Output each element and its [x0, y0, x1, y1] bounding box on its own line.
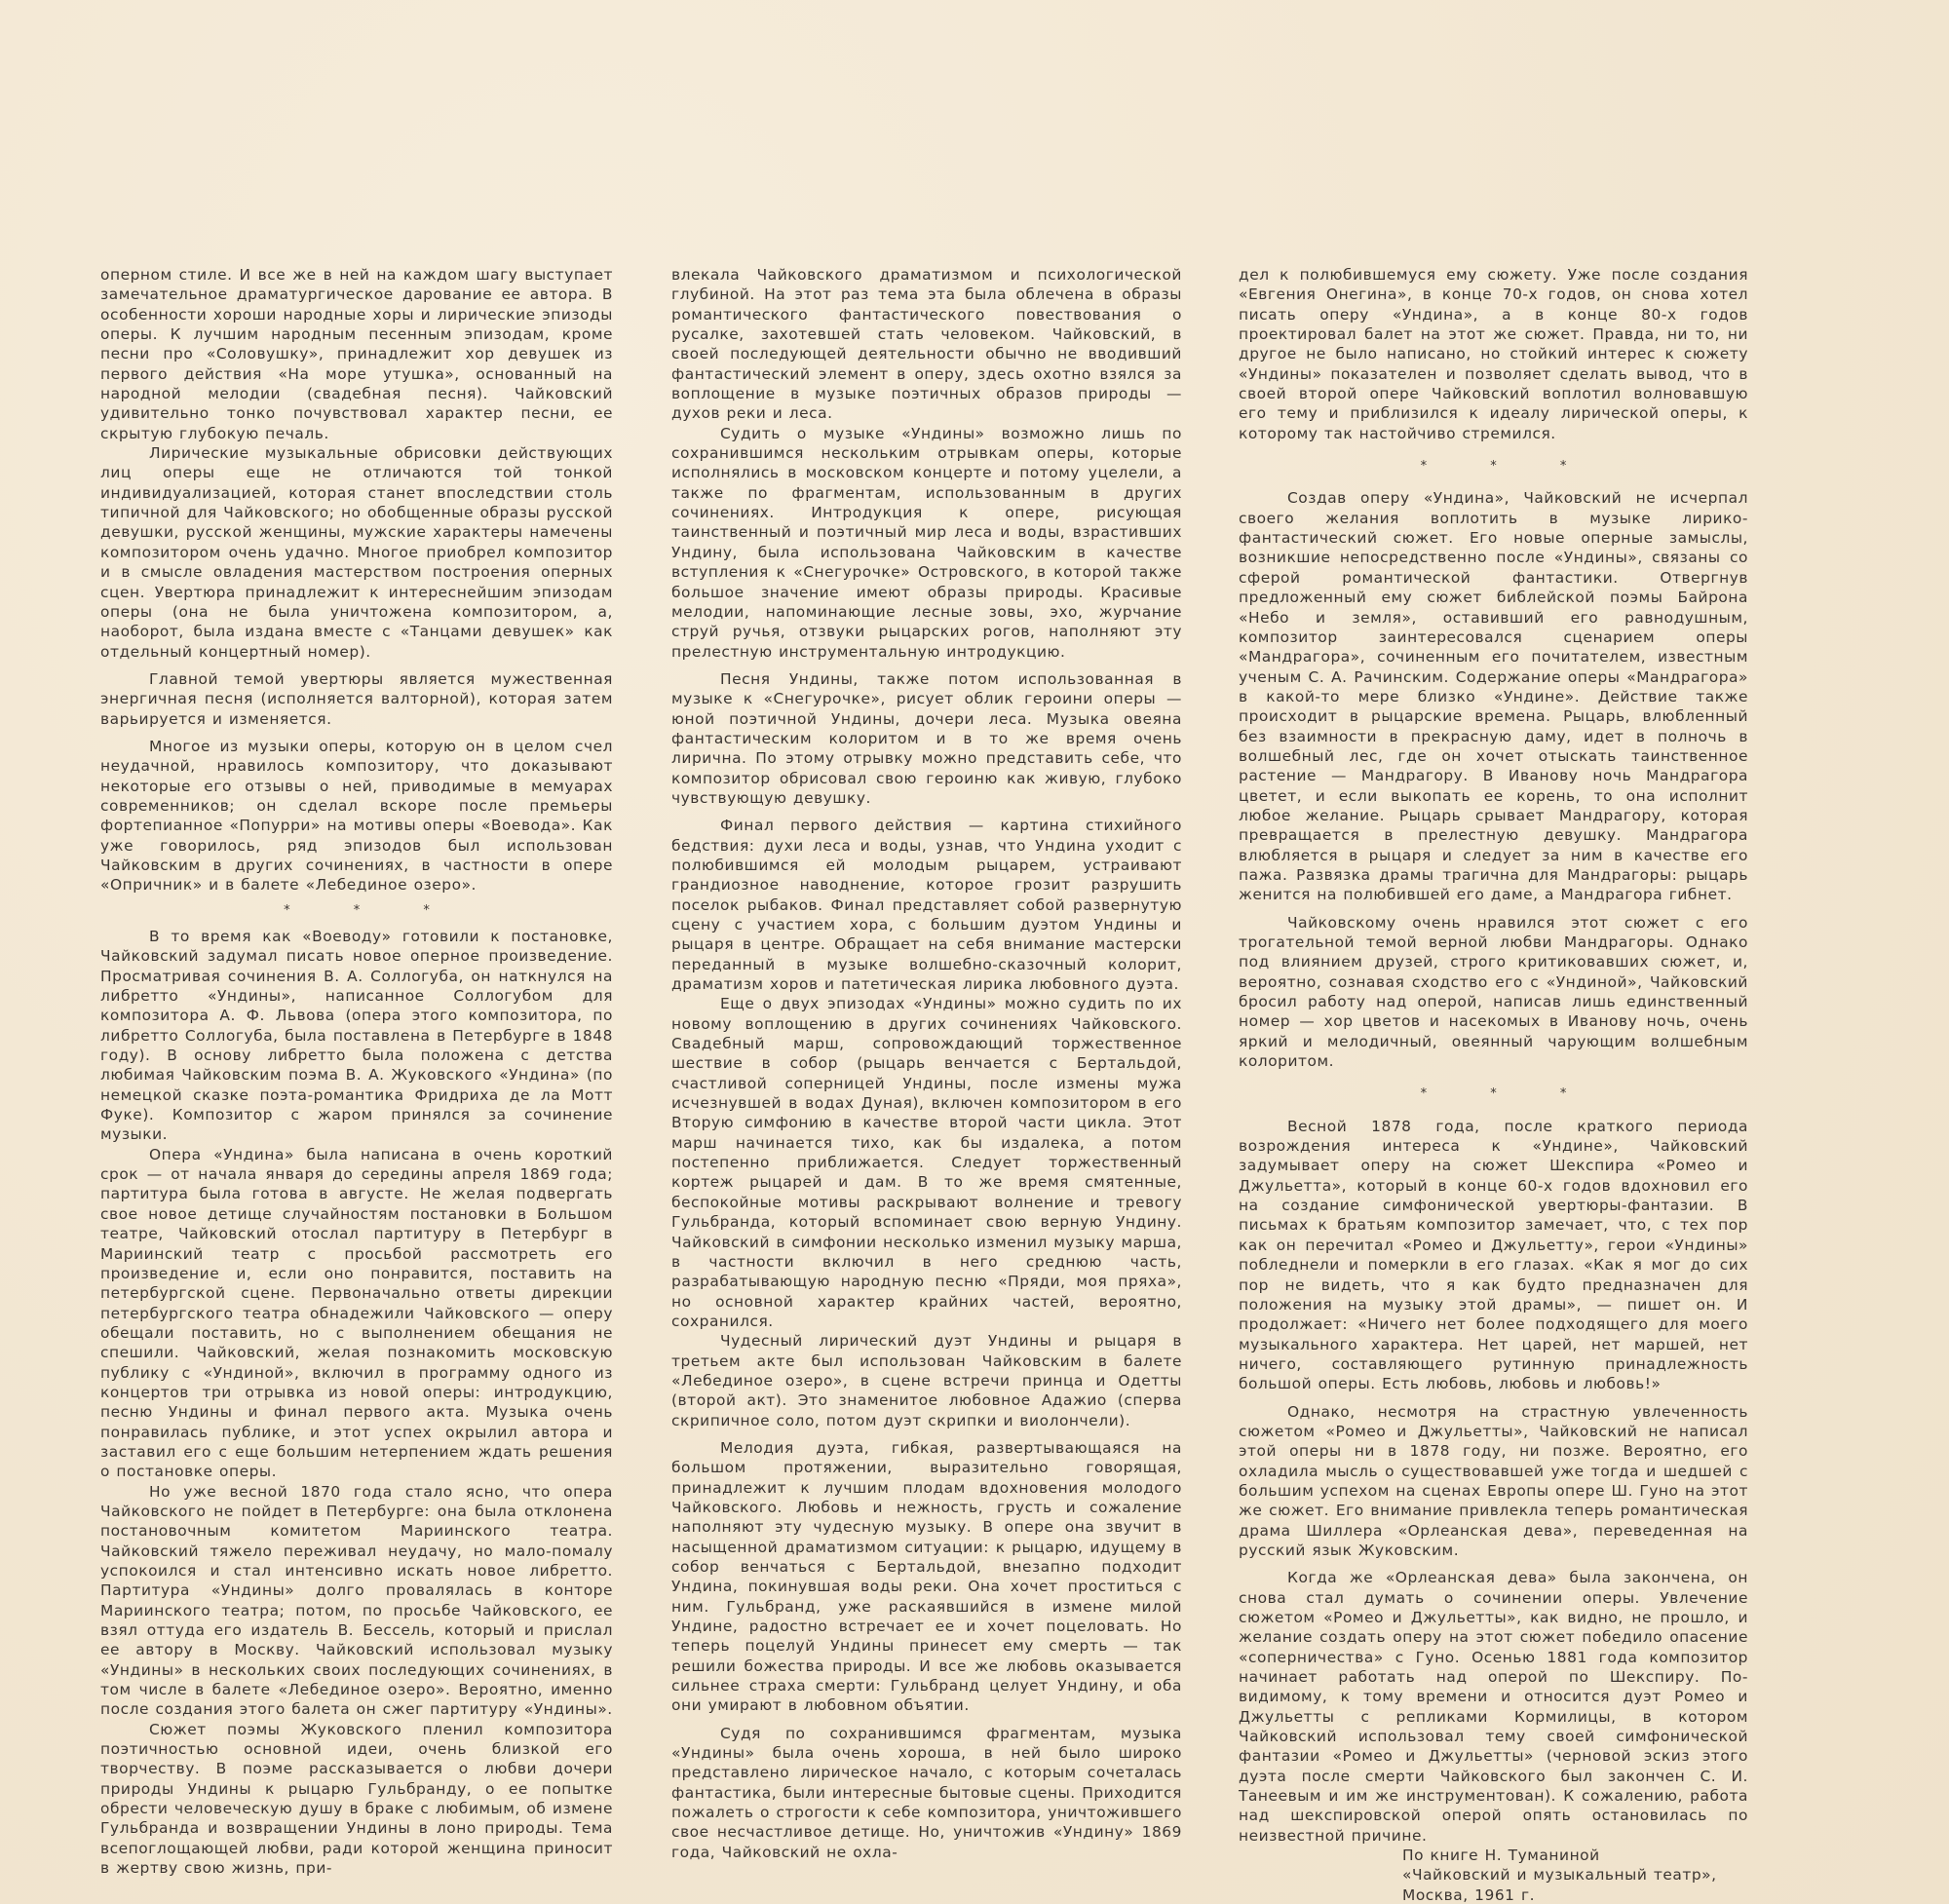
- citation-line: «Чайковский и музыкальный театр»,: [1402, 1865, 1748, 1885]
- paragraph: Главной темой увертюры является мужестве…: [100, 669, 613, 729]
- paragraph: дел к полюбившемуся ему сюжету. Уже посл…: [1239, 265, 1748, 443]
- paragraph: Многое из музыки оперы, которую он в цел…: [100, 737, 613, 895]
- paragraph: Сюжет поэмы Жуковского пленил композитор…: [100, 1720, 613, 1879]
- paragraph: Судя по сохранившимся фрагментам, музыка…: [671, 1724, 1182, 1862]
- section-separator: * * *: [100, 901, 613, 921]
- paragraph: Весной 1878 года, после краткого периода…: [1239, 1117, 1748, 1394]
- paragraph: Когда же «Орлеанская дева» была закончен…: [1239, 1568, 1748, 1846]
- paragraph: Но уже весной 1870 года стало ясно, что …: [100, 1482, 613, 1720]
- paragraph: Судить о музыке «Ундины» возможно лишь п…: [671, 424, 1182, 662]
- paragraph: Мелодия дуэта, гибкая, развертывающаяся …: [671, 1438, 1182, 1716]
- paragraph: оперном стиле. И все же в ней на каждом …: [100, 265, 613, 443]
- paragraph: Еще о двух эпизодах «Ундины» можно судит…: [671, 994, 1182, 1331]
- paragraph: Лирические музыкальные обрисовки действу…: [100, 443, 613, 662]
- article-column-3: дел к полюбившемуся ему сюжету. Уже посл…: [1239, 265, 1748, 1904]
- section-separator: * * *: [1239, 457, 1748, 476]
- paragraph: влекала Чайковского драматизмом и психол…: [671, 265, 1182, 424]
- paragraph: Чайковскому очень нравился этот сюжет с …: [1239, 913, 1748, 1072]
- paragraph: Финал первого действия — картина стихийн…: [671, 816, 1182, 994]
- citation-line: Москва, 1961 г.: [1402, 1885, 1748, 1904]
- paragraph: Песня Ундины, также потом использованная…: [671, 669, 1182, 808]
- paragraph: Чудесный лирический дуэт Ундины и рыцаря…: [671, 1331, 1182, 1430]
- paragraph: Однако, несмотря на страстную увлеченнос…: [1239, 1402, 1748, 1561]
- citation-line: По книге Н. Туманиной: [1402, 1846, 1748, 1865]
- article-column-2: влекала Чайковского драматизмом и психол…: [671, 265, 1182, 1862]
- paragraph: В то время как «Воеводу» готовили к пост…: [100, 927, 613, 1145]
- section-separator: * * *: [1239, 1085, 1748, 1104]
- paragraph: Создав оперу «Ундина», Чайковский не исч…: [1239, 488, 1748, 904]
- source-citation: По книге Н. Туманиной «Чайковский и музы…: [1402, 1846, 1748, 1904]
- paragraph: Опера «Ундина» была написана в очень кор…: [100, 1145, 613, 1482]
- article-column-1: оперном стиле. И все же в ней на каждом …: [100, 265, 613, 1879]
